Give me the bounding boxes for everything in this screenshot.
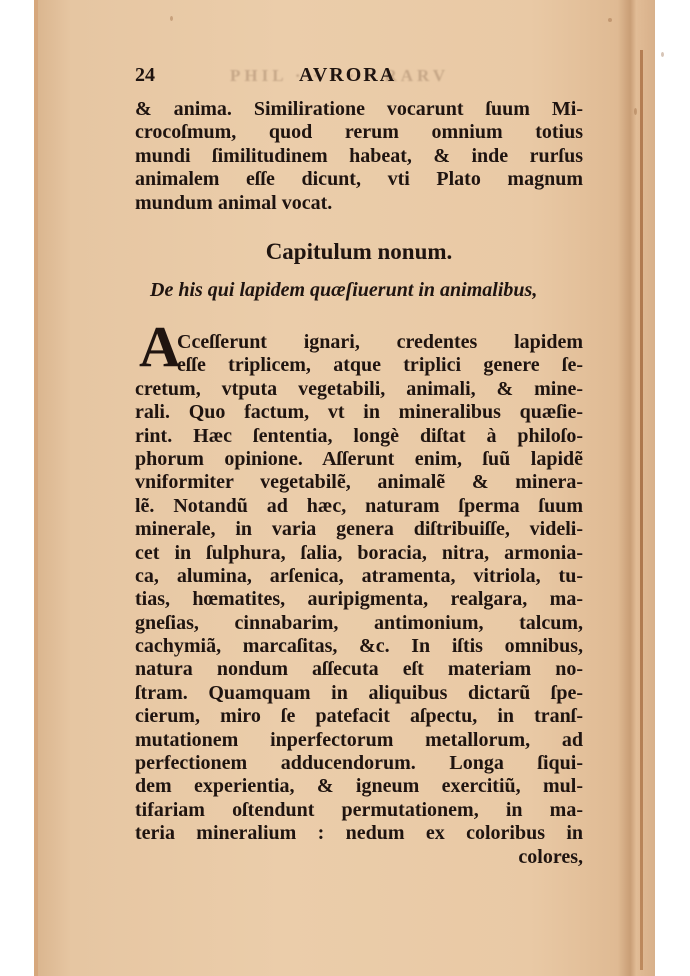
text-line: natura nondum aſſecuta eſt materiam no- bbox=[135, 658, 583, 681]
text-line: cierum, miro ſe patefacit aſpectu, in tr… bbox=[135, 705, 583, 728]
text-line: tifariam oſtendunt permutationem, in ma- bbox=[135, 799, 583, 822]
text-line: cretum, vtputa vegetabili, animali, & mi… bbox=[135, 378, 583, 401]
text-line: eſſe triplicem, atque triplici genere ſe… bbox=[135, 354, 583, 377]
text-line: minerale, in varia genera diſtribuiſſe, … bbox=[135, 518, 583, 541]
foxing-spot bbox=[608, 18, 612, 22]
foxing-spot bbox=[661, 52, 664, 57]
text-line: dem experientia, & igneum exercitiũ, mul… bbox=[135, 775, 583, 798]
text-line: rali. Quo factum, vt in mineralibus quæſ… bbox=[135, 401, 583, 424]
text-line: perfectionem adducendorum. Longa ſiqui- bbox=[135, 752, 583, 775]
page-gutter-stain bbox=[640, 50, 643, 970]
continuation-paragraph: & anima. Similiratione vocarunt ſuum Mi-… bbox=[135, 98, 583, 215]
text-line: gneſias, cinnabarim, antimonium, talcum, bbox=[135, 612, 583, 635]
foxing-spot bbox=[170, 16, 173, 21]
running-head: 24 AVRORA bbox=[135, 64, 585, 92]
text-line: vniformiter vegetabilẽ, animalẽ & minera… bbox=[135, 471, 583, 494]
text-line: ca, alumina, arſenica, atramenta, vitrio… bbox=[135, 565, 583, 588]
text-line: tias, hœmatites, auripigmenta, realgara,… bbox=[135, 588, 583, 611]
text-line: ſtram. Quamquam in aliquibus dictarũ ſpe… bbox=[135, 682, 583, 705]
chapter-heading: Capitulum nonum. bbox=[135, 239, 583, 265]
text-line: crocoſmum, quod rerum omnium totius bbox=[135, 121, 583, 144]
text-line: animalem eſſe dicunt, vti Plato magnum bbox=[135, 168, 583, 191]
text-line: phorum opinione. Aſſerunt enim, ſuũ lapi… bbox=[135, 448, 583, 471]
text-line: Cceſſerunt ignari, credentes lapidem bbox=[135, 331, 583, 354]
text-line: cet in ſulphura, ſalia, boracia, nitra, … bbox=[135, 542, 583, 565]
text-line: cachymiã, marcaſitas, &c. In iſtis omnib… bbox=[135, 635, 583, 658]
foxing-spot bbox=[634, 108, 637, 115]
chapter-subtitle: De his qui lapidem quæſiuerunt in animal… bbox=[150, 279, 580, 302]
page-number: 24 bbox=[135, 64, 155, 87]
catchword: colores, bbox=[135, 846, 583, 869]
text-line: mundi ſimilitudinem habeat, & inde rurſu… bbox=[135, 145, 583, 168]
text-line: lẽ. Notandũ ad hæc, naturam ſperma ſuum bbox=[135, 495, 583, 518]
text-line: teria mineralium : nedum ex coloribus in bbox=[135, 822, 583, 845]
text-line: mundum animal vocat. bbox=[135, 192, 583, 215]
text-line: mutationem inperfectorum metallorum, ad bbox=[135, 729, 583, 752]
running-title: AVRORA bbox=[299, 64, 396, 87]
text-line: rint. Hæc ſententia, longè diſtat à phil… bbox=[135, 425, 583, 448]
page-left-edge bbox=[34, 0, 38, 976]
text-line: & anima. Similiratione vocarunt ſuum Mi- bbox=[135, 98, 583, 121]
chapter-body: Cceſſerunt ignari, credentes lapidem eſſ… bbox=[135, 331, 583, 869]
